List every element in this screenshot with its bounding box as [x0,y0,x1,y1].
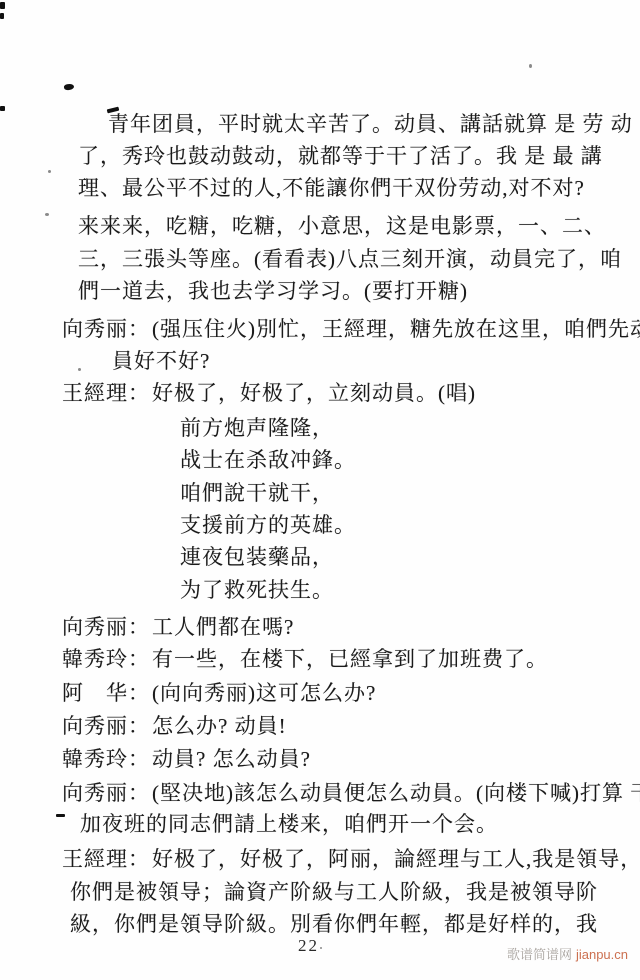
script-line: 王經理：好极了，好极了，阿丽，論經理与工人,我是領导， [62,843,640,873]
speaker-name: 向秀丽： [62,714,150,738]
script-line: 向秀丽：怎么办? 动員! [62,710,287,740]
script-line: 来来来，吃糖，吃糖，小意思，这是电影票，一、二、 [78,210,606,240]
dialogue-text: 好极了，好极了，阿丽，論經理与工人,我是領导， [152,847,640,871]
scan-artifact [320,947,322,949]
script-line: 你們是被領导；論資产阶級与工人阶級，我是被領导阶 [70,876,598,906]
script-line: 級，你們是領导阶級。別看你們年輕，都是好样的，我 [70,908,598,938]
dialogue-text: (向向秀丽)这可怎么办? [152,681,376,705]
speaker-name: 向秀丽： [62,317,150,341]
speaker-name: 阿 华： [62,681,150,705]
script-line: 韓秀玲：动員? 怎么动員? [62,743,311,773]
script-line: 阿 华：(向向秀丽)这可怎么办? [62,677,376,707]
script-line: 王經理：好极了，好极了，立刻动員。(唱) [62,377,476,407]
scan-artifact [529,64,532,68]
script-line: 三，三張头等座。(看看表)八点三刻开演，动員完了，咱 [78,243,622,273]
dialogue-text: 工人們都在嗎? [152,615,294,639]
script-line: 員好不好? [112,345,210,375]
verse-line: 为了救死扶生。 [180,574,334,604]
scanned-page: 青年团員，平时就太辛苦了。动員、講話就算 是 劳 动 了，秀玲也鼓动鼓动，就都等… [0,0,640,980]
script-line: 理、最公平不过的人,不能讓你們干双份劳动,对不对? [78,172,585,202]
dialogue-text: (强压住火)別忙，王經理，糖先放在这里，咱們先动 [152,317,640,341]
script-line: 青年团員，平时就太辛苦了。动員、講話就算 是 劳 动 [108,108,633,138]
script-line: 向秀丽：(堅决地)該怎么动員便怎么动員。(向楼下喊)打算 干 [62,777,640,807]
watermark: 歌谱简谱网jianpu.cn [507,944,628,963]
speaker-name: 韓秀玲： [62,747,150,771]
scan-artifact [0,106,5,111]
scan-artifact [48,170,51,173]
dialogue-text: 怎么办? 动員! [152,714,287,738]
speaker-name: 向秀丽： [62,615,150,639]
speaker-name: 王經理： [62,847,150,871]
verse-line: 战士在杀敌冲鋒。 [180,444,356,474]
dialogue-text: 好极了，好极了，立刻动員。(唱) [152,381,476,405]
watermark-site-url: jianpu.cn [576,947,628,962]
verse-line: 支援前方的英雄。 [180,509,356,539]
scan-artifact [0,13,4,19]
verse-line: 連夜包装藥品， [180,541,334,571]
script-line: 加夜班的同志們請上楼来，咱們开一个会。 [80,808,498,838]
page-number: 22 [298,936,319,956]
verse-line: 咱們說干就干， [180,477,334,507]
speaker-name: 韓秀玲： [62,647,150,671]
dialogue-text: 有一些，在楼下，已經拿到了加班费了。 [152,647,548,671]
script-line: 向秀丽：(强压住火)別忙，王經理，糖先放在这里，咱們先动 [62,313,640,343]
scan-artifact [56,814,65,817]
verse-line: 前方炮声隆隆， [180,412,334,442]
scan-artifact [45,213,49,216]
watermark-site-name: 歌谱简谱网 [507,947,572,962]
scan-artifact [64,83,75,91]
script-line: 了，秀玲也鼓动鼓动，就都等于干了活了。我 是 最 講 [78,140,603,170]
script-line: 韓秀玲：有一些，在楼下，已經拿到了加班费了。 [62,643,548,673]
script-line: 向秀丽：工人們都在嗎? [62,611,294,641]
dialogue-text: 动員? 怎么动員? [152,747,311,771]
scan-artifact [0,2,5,9]
dialogue-text: (堅决地)該怎么动員便怎么动員。(向楼下喊)打算 干 [152,781,640,805]
speaker-name: 向秀丽： [62,781,150,805]
speaker-name: 王經理： [62,381,150,405]
script-line: 們一道去，我也去学习学习。(要打开糖) [78,275,468,305]
scan-artifact [78,368,81,371]
